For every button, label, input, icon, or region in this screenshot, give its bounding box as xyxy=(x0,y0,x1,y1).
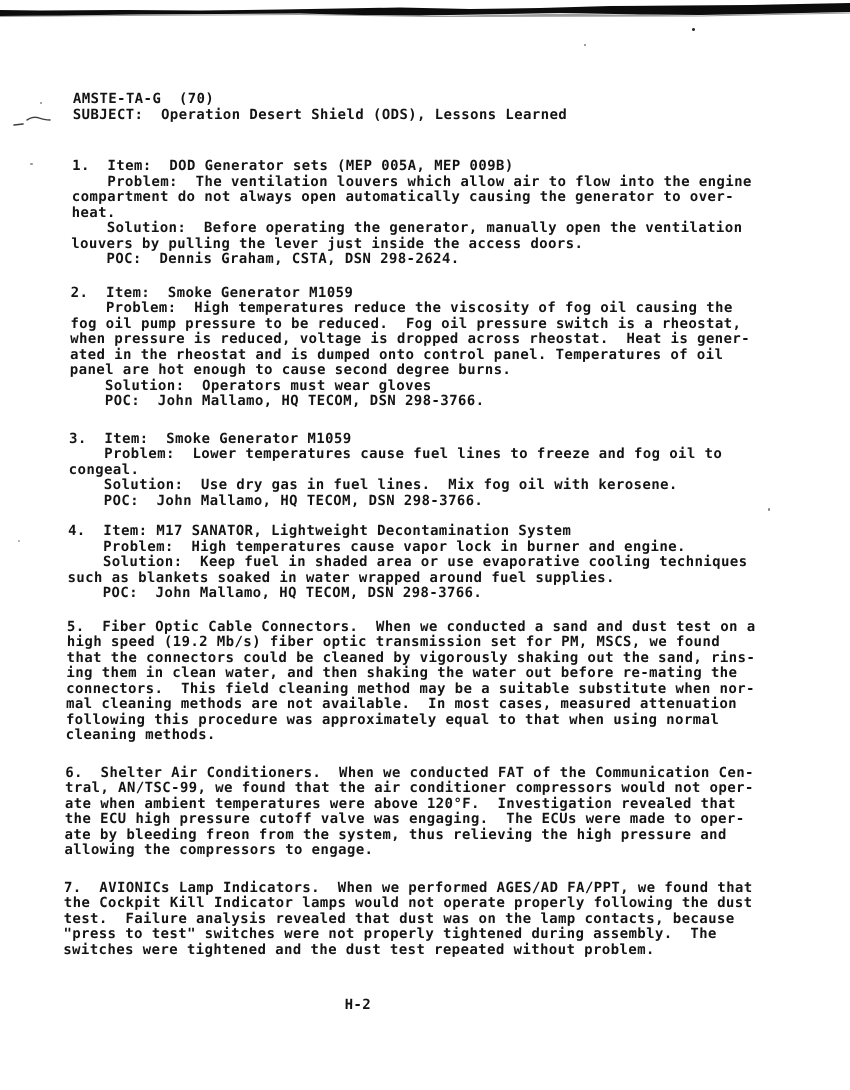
scan-edge-bar xyxy=(0,0,850,30)
scan-speck xyxy=(40,102,42,104)
subject-line: SUBJECT: Operation Desert Shield (ODS), … xyxy=(73,108,762,124)
document-body: AMSTE-TA-G (70) SUBJECT: Operation Deser… xyxy=(63,92,762,1014)
lesson-item-3: 3. Item: Smoke Generator M1059 Problem: … xyxy=(68,432,758,510)
scan-speck xyxy=(768,508,770,511)
scan-speck xyxy=(584,44,586,46)
lesson-item-6: 6. Shelter Air Conditioners. When we con… xyxy=(64,766,754,859)
office-symbol-line: AMSTE-TA-G (70) xyxy=(73,92,762,108)
lesson-item-2: 2. Item: Smoke Generator M1059 Problem: … xyxy=(69,286,759,410)
lesson-item-4: 4. Item: M17 SANATOR, Lightweight Decont… xyxy=(67,524,757,602)
page-number: H-2 xyxy=(345,998,752,1014)
pen-squiggle-mark xyxy=(8,110,68,140)
scanned-document-page: AMSTE-TA-G (70) SUBJECT: Operation Deser… xyxy=(0,0,850,1090)
scan-speck xyxy=(692,28,695,31)
scan-speck xyxy=(18,540,20,542)
lesson-item-7: 7. AVIONICs Lamp Indicators. When we per… xyxy=(63,881,753,959)
lesson-item-1: 1. Item: DOD Generator sets (MEP 005A, M… xyxy=(71,159,761,268)
lesson-item-5: 5. Fiber Optic Cable Connectors. When we… xyxy=(66,620,756,744)
scan-speck xyxy=(30,163,33,165)
